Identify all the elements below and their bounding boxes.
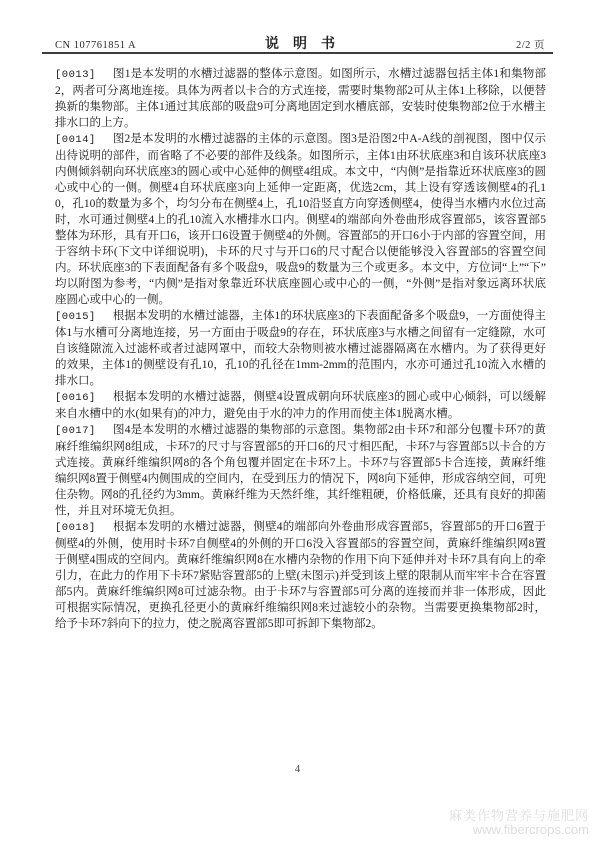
numbered-paragraph: [0014]图2是本发明的水槽过滤器的主体的示意图。图3是沿图2中A-A线的剖视… [55,131,546,308]
watermark: 麻类作物营养与施肥网 www.fibercrops.com [449,809,589,837]
paragraph-number: [0014] [55,134,96,146]
page-number: 4 [0,763,595,775]
paragraph-number: [0017] [55,425,96,437]
paragraph-number: [0015] [55,311,96,323]
document-number: CN 107761851 A [55,40,251,51]
watermark-site-name: 麻类作物营养与施肥网 [449,809,589,823]
document-section-title: 说明书 [265,33,349,53]
watermark-url: www.fibercrops.com [449,823,589,837]
numbered-paragraph: [0015]根据本发明的水槽过滤器，主体1的环状底座3的下表面配备多个吸盘9，一… [55,308,546,389]
paragraph-text: 根据本发明的水槽过滤器，侧壁4设置成朝向环状底座3的圆心或中心倾斜，可以缓解来自… [55,391,546,420]
paragraph-number: [0018] [55,522,96,534]
patent-specification-page: CN 107761851 A 说明书 2/2 页 [0013]图1是本发明的水槽… [0,0,595,842]
page-header: CN 107761851 A 说明书 2/2 页 [55,33,545,51]
numbered-paragraph: [0018]根据本发明的水槽过滤器，侧壁4的端部向外卷曲形成容置部5，容置部5的… [55,519,546,632]
paragraph-text: 图1是本发明的水槽过滤器的整体示意图。如图所示，水槽过滤器包括主体1和集物部2，… [55,68,546,129]
numbered-paragraph: [0013]图1是本发明的水槽过滤器的整体示意图。如图所示，水槽过滤器包括主体1… [55,66,546,131]
paragraph-text: 根据本发明的水槽过滤器，侧壁4的端部向外卷曲形成容置部5，容置部5的开口6置于侧… [55,521,546,630]
paragraph-number: [0013] [55,69,96,81]
specification-body: [0013]图1是本发明的水槽过滤器的整体示意图。如图所示，水槽过滤器包括主体1… [55,66,546,632]
sheet-indicator: 2/2 页 [349,37,545,52]
paragraph-text: 图4是本发明的水槽过滤器的集物部的示意图。集物部2由卡环7和部分包覆卡环7的黄麻… [55,424,546,517]
paragraph-text: 根据本发明的水槽过滤器，主体1的环状底座3的下表面配备多个吸盘9，一方面使得主体… [55,310,546,387]
numbered-paragraph: [0016]根据本发明的水槽过滤器，侧壁4设置成朝向环状底座3的圆心或中心倾斜，… [55,389,546,422]
paragraph-number: [0016] [55,392,96,404]
numbered-paragraph: [0017]图4是本发明的水槽过滤器的集物部的示意图。集物部2由卡环7和部分包覆… [55,422,546,519]
header-divider-rule [42,52,553,54]
paragraph-text: 图2是本发明的水槽过滤器的主体的示意图。图3是沿图2中A-A线的剖视图，图中仅示… [55,133,546,306]
